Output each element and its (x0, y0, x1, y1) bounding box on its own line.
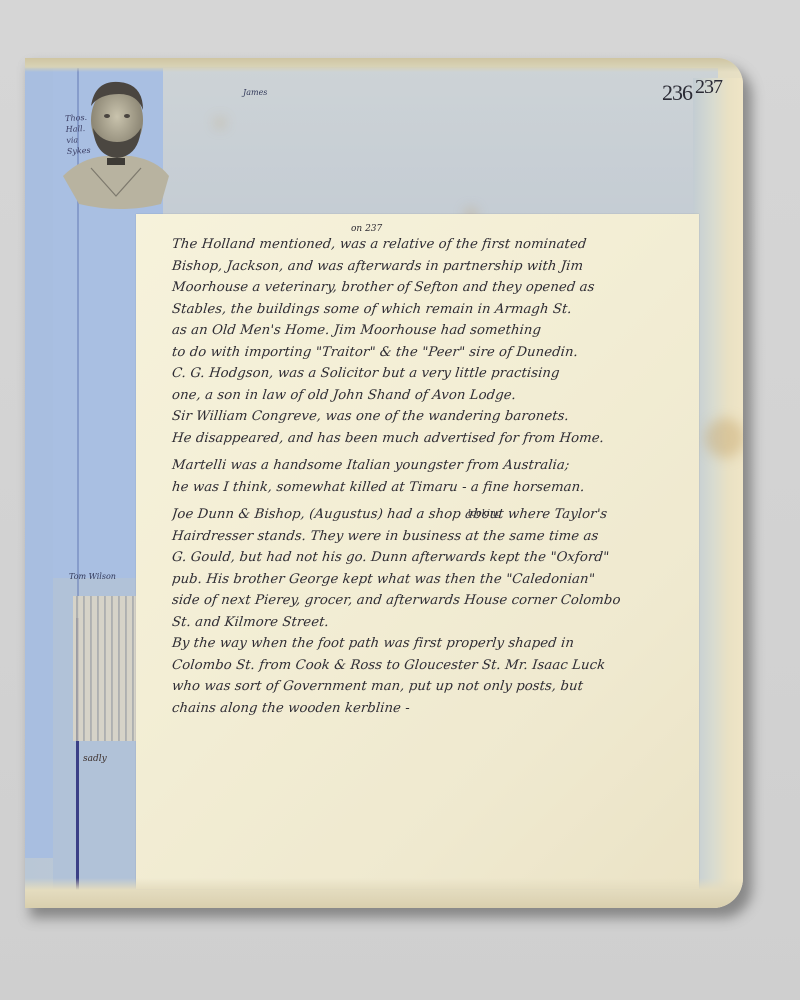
interlinear-note: on 237 (351, 224, 382, 234)
manuscript-line: to do with importing "Traitor" & the "Pe… (171, 342, 693, 364)
clipping-label: Tom Wilson (69, 572, 116, 581)
blue-paper-strip (25, 68, 53, 858)
clipping-signature: sadly (83, 754, 107, 764)
annotation-james: James (243, 88, 267, 97)
manuscript-text: The Holland mentioned, was a relative of… (172, 234, 692, 719)
manuscript-line: Martelli was a handsome Italian youngste… (171, 455, 693, 477)
manuscript-line: Bishop, Jackson, and was afterwards in p… (171, 256, 693, 278)
manuscript-line: The Holland mentioned, was a relative of… (171, 234, 693, 256)
manuscript-line: Stables, the buildings some of which rem… (171, 299, 693, 321)
manuscript-line: Moorhouse a veterinary, brother of Sefto… (171, 277, 693, 299)
portrait-caption: Thos. Hall. via Sykes (65, 111, 107, 157)
manuscript-line: By the way when the foot path was first … (171, 633, 693, 655)
manuscript-line: chains along the wooden kerbline - (171, 698, 693, 720)
manuscript-line: pub. His brother George kept what was th… (171, 569, 693, 591)
manuscript-line: as an Old Men's Home. Jim Moorhouse had … (171, 320, 693, 342)
manuscript-line: He disappeared, and has been much advert… (171, 428, 693, 450)
manuscript-line: Joe Dunn & Bishop, (Augustus) had a shop… (171, 504, 693, 526)
manuscript-line: side of next Pierey, grocer, and afterwa… (171, 590, 693, 612)
right-page-edge (693, 78, 743, 908)
page-number-overwrite: 237 (695, 76, 722, 99)
scrapbook-page: Thos. Hall. via Sykes James 236 23 237 T… (25, 58, 743, 908)
manuscript-line: Colombo St. from Cook & Ross to Gloucest… (171, 655, 693, 677)
handwritten-note-sheet: on 237 looking The Holland mentioned, wa… (136, 214, 699, 889)
manuscript-line: one, a son in law of old John Shand of A… (171, 385, 693, 407)
manuscript-line: Hairdresser stands. They were in busines… (171, 526, 693, 548)
top-page-edge (25, 58, 743, 72)
foxing-stain (705, 418, 743, 458)
foxing-stain (215, 118, 225, 128)
portrait-photograph: Thos. Hall. via Sykes (61, 72, 171, 212)
manuscript-line: Sir William Congreve, was one of the wan… (171, 406, 693, 428)
manuscript-line: C. G. Hodgson, was a Solicitor but a ver… (171, 363, 693, 385)
newspaper-clipping (73, 596, 138, 741)
bottom-page-edge (25, 878, 743, 908)
manuscript-line: he was I think, somewhat killed at Timar… (171, 477, 693, 499)
manuscript-line: G. Gould, but had not his go. Dunn after… (171, 547, 693, 569)
manuscript-line: who was sort of Government man, put up n… (171, 676, 693, 698)
manuscript-line: St. and Kilmore Street. (171, 612, 693, 634)
